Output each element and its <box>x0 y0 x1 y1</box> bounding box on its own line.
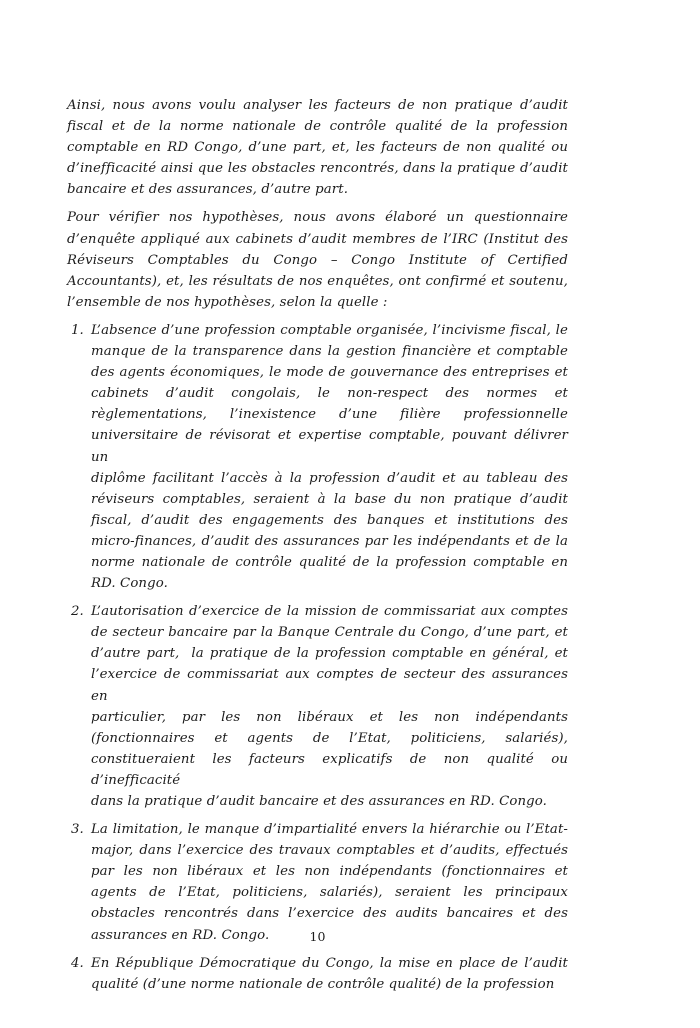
list-item: 1.L’absence d’une profession comptable o… <box>67 320 568 594</box>
list-item: 3.La limitation, le manque d’impartialit… <box>67 819 568 946</box>
text-line: bancaire et des assurances, d’autre part… <box>67 179 568 200</box>
list-item-text: L’absence d’une profession comptable org… <box>91 320 568 594</box>
text-line: obstacles rencontrés dans l’exercice des… <box>91 903 568 924</box>
list-item-marker: 4. <box>67 953 91 995</box>
text-line: Pour vérifier nos hypothèses, nous avons… <box>67 207 568 228</box>
text-line: l’ensemble de nos hypothèses, selon la q… <box>67 292 568 313</box>
text-line: (fonctionnaires et agents de l’Etat, pol… <box>91 728 568 749</box>
text-line: L’absence d’une profession comptable org… <box>91 320 568 341</box>
text-line: d’enquête appliqué aux cabinets d’audit … <box>67 229 568 250</box>
list-item-marker: 3. <box>67 819 91 946</box>
list-item-text: La limitation, le manque d’impartialité … <box>91 819 568 946</box>
text-line: RD. Congo. <box>91 573 568 594</box>
text-line: l’exercice de commissariat aux comptes d… <box>91 664 568 706</box>
text-line: qualité (d’une norme nationale de contrô… <box>91 974 568 995</box>
text-line: micro-finances, d’audit des assurances p… <box>91 531 568 552</box>
list-item-marker: 2. <box>67 601 91 812</box>
text-line: Accountants), et, les résultats de nos e… <box>67 271 568 292</box>
text-line: règlementations, l’inexistence d’une fil… <box>91 404 568 425</box>
list-item: 4.En République Démocratique du Congo, l… <box>67 953 568 995</box>
text-line: Ainsi, nous avons voulu analyser les fac… <box>67 95 568 116</box>
text-line: major, dans l’exercice des travaux compt… <box>91 840 568 861</box>
list-item-text: L’autorisation d’exercice de la mission … <box>91 601 568 812</box>
text-line: fiscal et de la norme nationale de contr… <box>67 116 568 137</box>
document-page: Ainsi, nous avons voulu analyser les fac… <box>0 0 700 1028</box>
text-line: Réviseurs Comptables du Congo – Congo In… <box>67 250 568 271</box>
text-line: dans la pratique d’audit bancaire et des… <box>91 791 568 812</box>
text-line: L’autorisation d’exercice de la mission … <box>91 601 568 622</box>
text-line: d’inefficacité ainsi que les obstacles r… <box>67 158 568 179</box>
text-line: de secteur bancaire par la Banque Centra… <box>91 622 568 643</box>
text-line: universitaire de révisorat et expertise … <box>91 425 568 467</box>
text-line: fiscal, d’audit des engagements des banq… <box>91 510 568 531</box>
paragraph: Pour vérifier nos hypothèses, nous avons… <box>67 207 568 312</box>
text-line: En République Démocratique du Congo, la … <box>91 953 568 974</box>
text-line: norme nationale de contrôle qualité de l… <box>91 552 568 573</box>
text-line: cabinets d’audit congolais, le non-respe… <box>91 383 568 404</box>
text-line: réviseurs comptables, seraient à la base… <box>91 489 568 510</box>
text-line: La limitation, le manque d’impartialité … <box>91 819 568 840</box>
text-line: particulier, par les non libéraux et les… <box>91 707 568 728</box>
list-item-marker: 1. <box>67 320 91 594</box>
text-line: manque de la transparence dans la gestio… <box>91 341 568 362</box>
list-item: 2.L’autorisation d’exercice de la missio… <box>67 601 568 812</box>
text-line: agents de l’Etat, politiciens, salariés)… <box>91 882 568 903</box>
text-line: par les non libéraux et les non indépend… <box>91 861 568 882</box>
page-content: Ainsi, nous avons voulu analyser les fac… <box>67 95 568 1002</box>
list-item-text: En République Démocratique du Congo, la … <box>91 953 568 995</box>
text-line: constitueraient les facteurs explicatifs… <box>91 749 568 791</box>
text-line: d’autre part, la pratique de la professi… <box>91 643 568 664</box>
text-line: comptable en RD Congo, d’une part, et, l… <box>67 137 568 158</box>
text-line: diplôme facilitant l’accès à la professi… <box>91 468 568 489</box>
text-line: des agents économiques, le mode de gouve… <box>91 362 568 383</box>
paragraph: Ainsi, nous avons voulu analyser les fac… <box>67 95 568 200</box>
page-number: 10 <box>67 929 568 944</box>
